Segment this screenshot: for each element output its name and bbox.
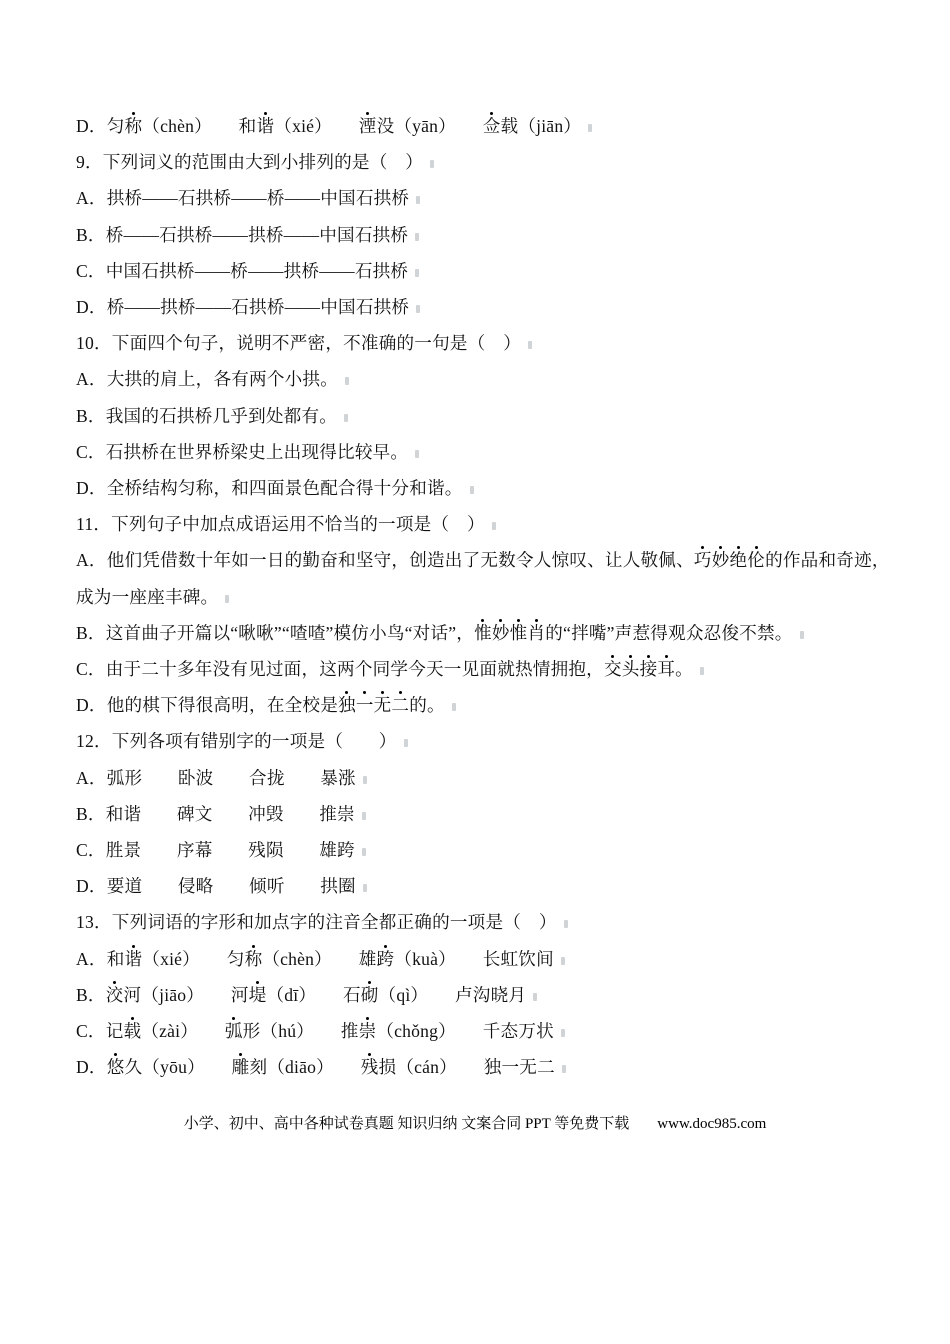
q10-option-a: A．大拱的肩上，各有两个小拱。 <box>76 361 906 397</box>
paragraph-mark <box>415 450 419 458</box>
page-footer: 小学、初中、高中各种试卷真题 知识归纳 文案合同 PPT 等免费下载www.do… <box>0 1112 950 1136</box>
paragraph-mark <box>588 124 592 132</box>
paragraph-mark <box>470 486 474 494</box>
dotted-char: 载 <box>124 1021 142 1042</box>
paragraph-mark <box>561 1029 565 1037</box>
paragraph-mark <box>533 993 537 1001</box>
q11-option-c: C．由于二十多年没有见过面，这两个同学今天一见面就热情拥抱，交头接耳。 <box>76 651 906 687</box>
dotted-char: 堤 <box>249 985 267 1006</box>
paragraph-mark <box>416 196 420 204</box>
dotted-char: 伦 <box>747 550 765 571</box>
dotted-char: 惟 <box>474 623 492 644</box>
dotted-char: 接 <box>640 659 658 680</box>
q11-option-a-line1: A．他们凭借数十年如一日的勤奋和坚守，创造出了无数令人惊叹、让人敬佩、巧妙绝伦的… <box>76 542 906 578</box>
dotted-char: 悠 <box>107 1057 125 1078</box>
paragraph-mark <box>344 414 348 422</box>
paragraph-mark <box>363 776 367 784</box>
document-body: D．匀称（chèn） 和谐（xié） 湮没（yān） 佥载（jiān）9．下列词… <box>76 108 906 1085</box>
paragraph-mark <box>416 305 420 313</box>
dotted-char: 雕 <box>232 1057 250 1078</box>
q12-option-b: B．和谐 碑文 冲毁 推崇 <box>76 796 906 832</box>
q13-option-a: A．和谐（xié） 匀称（chèn） 雄跨（kuà） 长虹饮间 <box>76 941 906 977</box>
dotted-char: 妙 <box>492 623 510 644</box>
q13-stem: 13．下列词语的字形和加点字的注音全都正确的一项是（ ） <box>76 904 906 940</box>
q13-option-c: C．记载（zài） 弧形（hú） 推崇（chǒng） 千态万状 <box>76 1013 906 1049</box>
dotted-char: 称 <box>125 116 143 137</box>
dotted-char: 肖 <box>527 623 545 644</box>
paragraph-mark <box>430 160 434 168</box>
dotted-char: 砌 <box>361 985 379 1006</box>
paragraph-mark <box>225 595 229 603</box>
dotted-char: 跨 <box>377 949 395 970</box>
dotted-char: 头 <box>622 659 640 680</box>
dotted-char: 称 <box>245 949 263 970</box>
paragraph-mark <box>528 341 532 349</box>
q9-option-b: B．桥——石拱桥——拱桥——中国石拱桥 <box>76 217 906 253</box>
paragraph-mark <box>561 957 565 965</box>
paragraph-mark <box>404 739 408 747</box>
q9-option-c: C．中国石拱桥——桥——拱桥——石拱桥 <box>76 253 906 289</box>
q12-option-d: D．要道 侵略 倾听 拱圈 <box>76 868 906 904</box>
paragraph-mark <box>700 667 704 675</box>
dotted-char: 耳 <box>657 659 675 680</box>
dotted-char: 惟 <box>510 623 528 644</box>
dotted-char: 弧 <box>225 1021 243 1042</box>
paragraph-mark <box>415 233 419 241</box>
dotted-char: 绝 <box>730 550 748 571</box>
q12-option-c: C．胜景 序幕 残陨 雄跨 <box>76 832 906 868</box>
paragraph-mark <box>363 884 367 892</box>
footer-site-url: www.doc985.com <box>657 1116 766 1132</box>
dotted-char: 一 <box>356 695 374 716</box>
q10-option-d: D．全桥结构匀称，和四面景色配合得十分和谐。 <box>76 470 906 506</box>
dotted-char: 交 <box>604 659 622 680</box>
dotted-char: 洨 <box>106 985 124 1006</box>
dotted-char: 二 <box>391 695 409 716</box>
q10-option-c: C．石拱桥在世界桥梁史上出现得比较早。 <box>76 434 906 470</box>
paragraph-mark <box>362 848 366 856</box>
q10-option-b: B．我国的石拱桥几乎到处都有。 <box>76 398 906 434</box>
paragraph-mark <box>415 269 419 277</box>
dotted-char: 谐 <box>125 949 143 970</box>
dotted-char: 无 <box>374 695 392 716</box>
q12-option-a: A．弧形 卧波 合拢 暴涨 <box>76 760 906 796</box>
q13-option-d: D．悠久（yōu） 雕刻（diāo） 残损（cán） 独一无二 <box>76 1049 906 1085</box>
q11-option-a-line2: 成为一座座丰碑。 <box>76 579 906 615</box>
paragraph-mark <box>800 631 804 639</box>
paragraph-mark <box>345 377 349 385</box>
dotted-char: 独 <box>338 695 356 716</box>
paragraph-mark <box>562 1065 566 1073</box>
dotted-char: 佥 <box>483 116 501 137</box>
exam-paper-page: D．匀称（chèn） 和谐（xié） 湮没（yān） 佥载（jiān）9．下列词… <box>0 0 950 1344</box>
paragraph-mark <box>564 920 568 928</box>
q12-stem: 12．下列各项有错别字的一项是（ ） <box>76 723 906 759</box>
q11-stem: 11．下列句子中加点成语运用不恰当的一项是（ ） <box>76 506 906 542</box>
q9-option-d: D．桥——拱桥——石拱桥——中国石拱桥 <box>76 289 906 325</box>
paragraph-mark <box>362 812 366 820</box>
paragraph-mark <box>452 703 456 711</box>
dotted-char: 谐 <box>256 116 274 137</box>
q11-option-b: B．这首曲子开篇以“啾啾”“喳喳”模仿小鸟“对话”，惟妙惟肖的“拌嘴”声惹得观众… <box>76 615 906 651</box>
footer-promo-text: 小学、初中、高中各种试卷真题 知识归纳 文案合同 PPT 等免费下载 <box>184 1116 630 1132</box>
q9-option-a: A．拱桥——石拱桥——桥——中国石拱桥 <box>76 180 906 216</box>
q10-stem: 10．下面四个句子，说明不严密，不准确的一句是（ ） <box>76 325 906 361</box>
q8-option-d: D．匀称（chèn） 和谐（xié） 湮没（yān） 佥载（jiān） <box>76 108 906 144</box>
q9-stem: 9．下列词义的范围由大到小排列的是（ ） <box>76 144 906 180</box>
paragraph-mark <box>492 522 496 530</box>
dotted-char: 妙 <box>712 550 730 571</box>
q11-option-d: D．他的棋下得很高明，在全校是独一无二的。 <box>76 687 906 723</box>
dotted-char: 残 <box>361 1057 379 1078</box>
dotted-char: 崇 <box>359 1021 377 1042</box>
dotted-char: 湮 <box>359 116 377 137</box>
q13-option-b: B．洨河（jiāo） 河堤（dī） 石砌（qì） 卢沟晓月 <box>76 977 906 1013</box>
dotted-char: 巧 <box>694 550 712 571</box>
